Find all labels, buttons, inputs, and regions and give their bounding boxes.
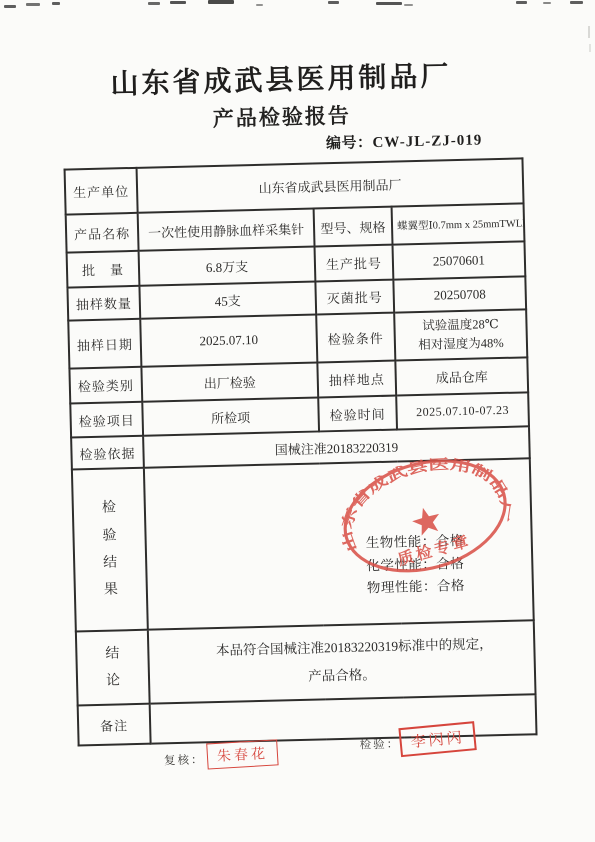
production-batch-label: 生产批号 (315, 245, 394, 282)
results-lines: 生物性能：合格 化学性能：合格 物理性能：合格 (303, 528, 529, 602)
batch-quantity-value: 6.8万支 (139, 247, 316, 286)
inspection-time-value: 2025.07.10-07.23 (396, 392, 529, 429)
result-phys: 物理性能：合格 (304, 574, 529, 602)
sterilization-batch-value: 20250708 (393, 276, 526, 312)
product-name-value: 一次性使用静脉血样采集针 (138, 209, 315, 251)
review-label: 复核： (164, 751, 205, 768)
row-conclusion: 结论 本品符合国械注准20183220319标准中的规定， 产品合格。 (76, 620, 536, 705)
sampling-location-value: 成品仓库 (395, 357, 528, 395)
inspector-name-stamp: 李闪闪 (398, 721, 476, 757)
sample-quantity-label: 抽样数量 (67, 286, 140, 321)
remarks-label: 备注 (78, 704, 151, 746)
remarks-value (150, 694, 537, 743)
inspection-category-label: 检验类别 (69, 367, 142, 404)
report-number-label: 编号： (326, 135, 373, 152)
scan-edge-tick (589, 44, 591, 52)
sampling-date-label: 抽样日期 (68, 319, 141, 369)
report-number-value: CW-JL-ZJ-019 (372, 132, 482, 151)
inspection-basis-label: 检验依据 (71, 436, 144, 470)
reviewer-name-stamp: 朱春花 (206, 739, 278, 769)
scan-edge-tick (588, 26, 590, 38)
production-batch-value: 25070601 (392, 241, 525, 279)
sampling-date-value: 2025.07.10 (140, 314, 317, 366)
sterilization-batch-label: 灭菌批号 (315, 280, 394, 315)
report-number: 编号：CW-JL-ZJ-019 (326, 128, 483, 153)
scan-artifact (52, 2, 60, 5)
inspection-items-value: 所检项 (142, 397, 319, 435)
model-spec-value: 蝶翼型Ⅰ0.7mm x 25mmTWLB (392, 203, 525, 244)
inspection-category-value: 出厂检验 (141, 362, 318, 401)
sample-quantity-value: 45支 (139, 282, 316, 319)
conclusion-label: 结论 (76, 630, 150, 706)
document-sheet: 山东省成武县医用制品厂 产品检验报告 编号：CW-JL-ZJ-019 生产单位 … (0, 0, 595, 842)
row-inspection-results: 检验结果 生物性能：合格 化学性能：合格 物理性能：合格 (72, 458, 534, 631)
inspection-report-table: 生产单位 山东省成武县医用制品厂 产品名称 一次性使用静脉血样采集针 型号、规格… (64, 157, 538, 746)
inspection-time-label: 检验时间 (318, 396, 397, 432)
test-conditions-value: 试验温度28℃ 相对湿度为48% (394, 309, 527, 360)
conclusion-value: 本品符合国械注准20183220319标准中的规定， 产品合格。 (148, 620, 536, 703)
scanned-report-page: 山东省成武县医用制品厂 产品检验报告 编号：CW-JL-ZJ-019 生产单位 … (0, 0, 595, 842)
product-name-label: 产品名称 (66, 213, 139, 253)
batch-quantity-label: 批 量 (67, 251, 140, 288)
test-conditions-label: 检验条件 (316, 313, 395, 363)
production-unit-label: 生产单位 (65, 168, 138, 215)
inspect-label: 检验： (360, 736, 401, 753)
model-spec-label: 型号、规格 (314, 207, 393, 247)
inspection-results-value: 生物性能：合格 化学性能：合格 物理性能：合格 (144, 458, 534, 629)
inspection-results-label: 检验结果 (72, 468, 148, 632)
inspection-items-label: 检验项目 (70, 402, 143, 438)
sampling-location-label: 抽样地点 (317, 361, 396, 398)
test-conditions-line2: 相对湿度为48% (400, 333, 522, 355)
